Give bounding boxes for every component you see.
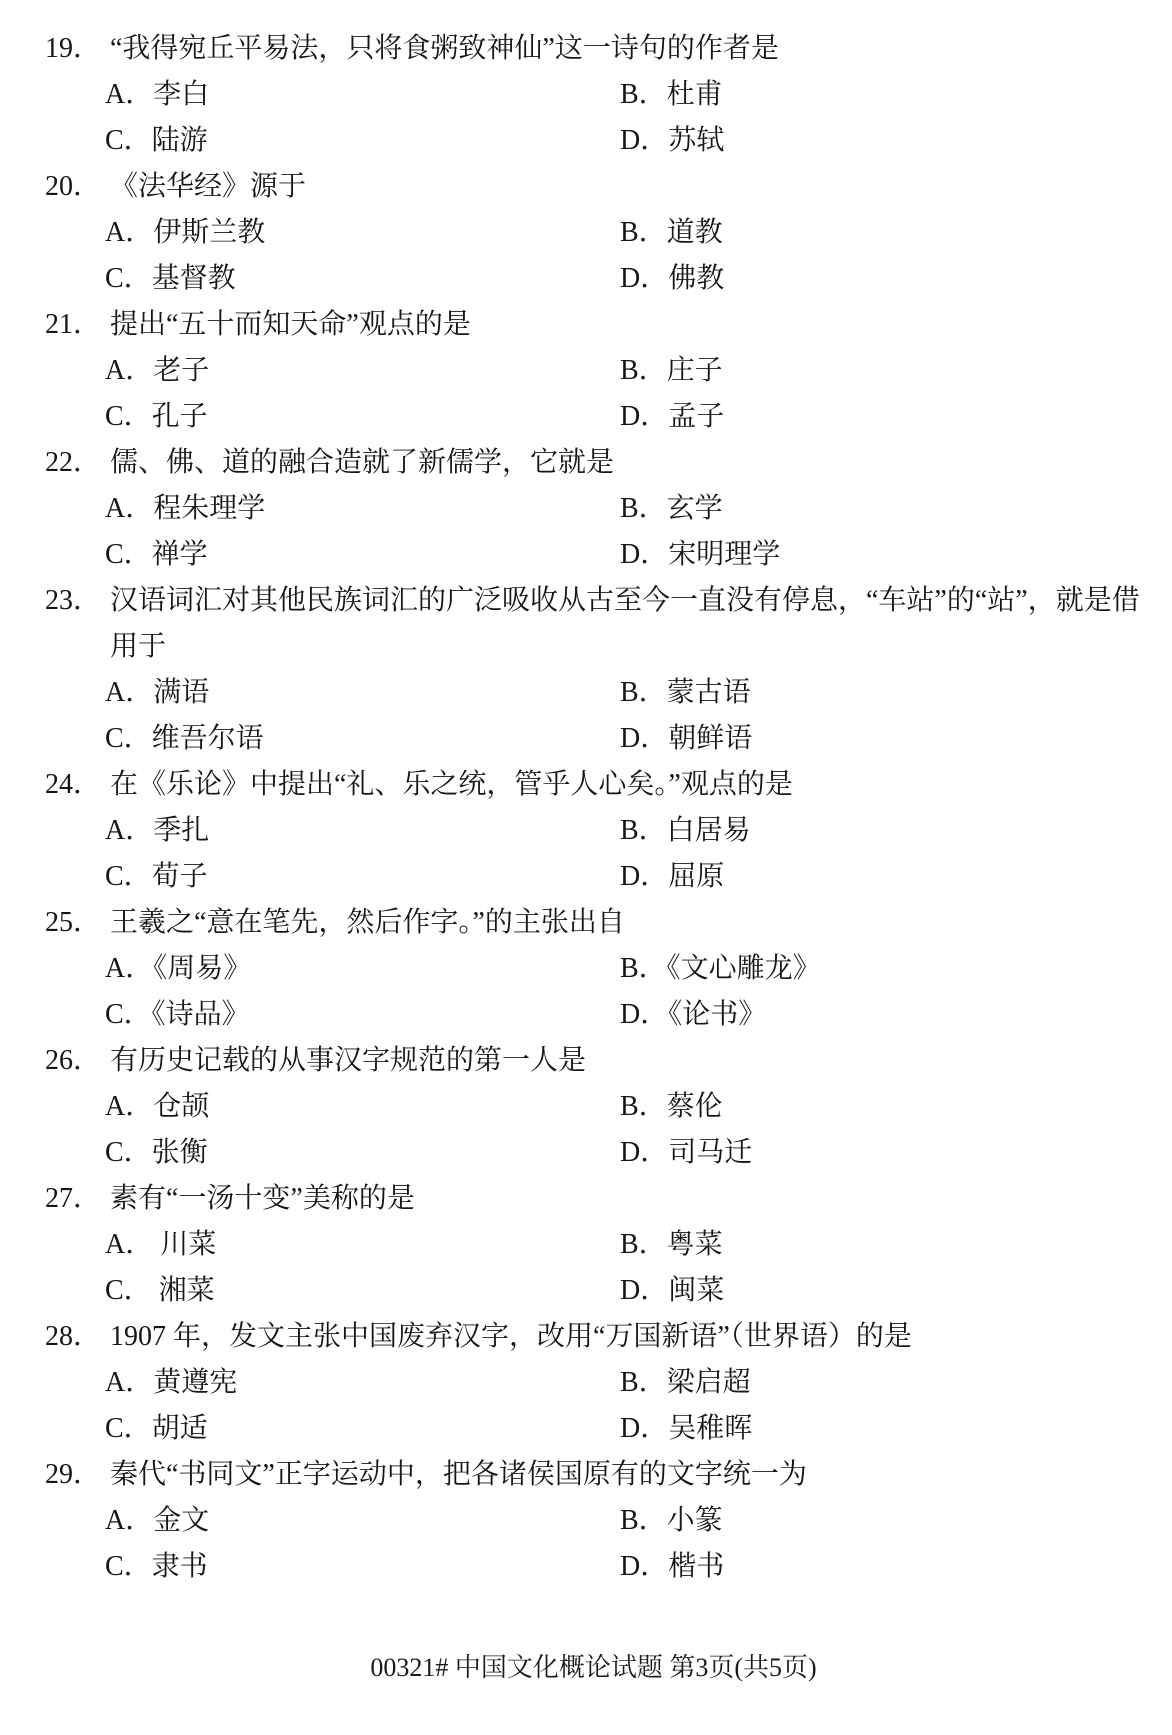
question-number: 21． [45,302,110,348]
question-block: 29． 秦代“书同文”正字运动中，把各诸侯国原有的文字统一为 A．金文 B．小篆… [45,1452,1142,1590]
option-b: B．梁启超 [620,1360,1142,1406]
page-footer: 00321# 中国文化概论试题 第3页(共5页) [45,1648,1142,1688]
question-text: 1907 年，发文主张中国废弃汉字，改用“万国新语”（世界语）的是 [110,1314,1142,1360]
option-c: C．隶书 [105,1544,620,1590]
question-block: 26． 有历史记载的从事汉字规范的第一人是 A．仓颉 B．蔡伦 C．张衡 D．司… [45,1038,1142,1176]
option-b: B．道教 [620,210,1142,256]
option-c: C．陆游 [105,118,620,164]
option-b: B．庄子 [620,348,1142,394]
option-d: D．孟子 [620,394,1142,440]
options-grid: A． 川菜 B．粤菜 C． 湘菜 D．闽菜 [45,1222,1142,1314]
option-b: B．蔡伦 [620,1084,1142,1130]
question-line: 24． 在《乐论》中提出“礼、乐之统，管乎人心矣。”观点的是 [45,762,1142,808]
question-text: 素有“一汤十变”美称的是 [110,1176,1142,1222]
question-block: 25． 王羲之“意在笔先，然后作字。”的主张出自 A．《周易》 B．《文心雕龙》… [45,900,1142,1038]
exam-page: 19． “我得宛丘平易法，只将食粥致神仙”这一诗句的作者是 A．李白 B．杜甫 … [0,0,1172,1735]
question-text: 汉语词汇对其他民族词汇的广泛吸收从古至今一直没有停息，“车站”的“站”，就是借用… [110,578,1142,670]
question-line: 23． 汉语词汇对其他民族词汇的广泛吸收从古至今一直没有停息，“车站”的“站”，… [45,578,1142,670]
question-number: 26． [45,1038,110,1084]
option-c: C．维吾尔语 [105,716,620,762]
question-line: 29． 秦代“书同文”正字运动中，把各诸侯国原有的文字统一为 [45,1452,1142,1498]
options-grid: A．仓颉 B．蔡伦 C．张衡 D．司马迁 [45,1084,1142,1176]
question-number: 29． [45,1452,110,1498]
question-block: 22． 儒、佛、道的融合造就了新儒学，它就是 A．程朱理学 B．玄学 C．禅学 … [45,440,1142,578]
option-c: C．《诗品》 [105,992,620,1038]
question-line: 25． 王羲之“意在笔先，然后作字。”的主张出自 [45,900,1142,946]
options-grid: A．伊斯兰教 B．道教 C．基督教 D．佛教 [45,210,1142,302]
question-block: 20． 《法华经》源于 A．伊斯兰教 B．道教 C．基督教 D．佛教 [45,164,1142,302]
question-line: 27． 素有“一汤十变”美称的是 [45,1176,1142,1222]
option-a: A．黄遵宪 [105,1360,620,1406]
option-a: A．程朱理学 [105,486,620,532]
question-number: 22． [45,440,110,486]
option-c: C．张衡 [105,1130,620,1176]
options-grid: A．老子 B．庄子 C．孔子 D．孟子 [45,348,1142,440]
options-grid: A．《周易》 B．《文心雕龙》 C．《诗品》 D．《论书》 [45,946,1142,1038]
question-text: 儒、佛、道的融合造就了新儒学，它就是 [110,440,1142,486]
option-b: B．玄学 [620,486,1142,532]
option-d: D．楷书 [620,1544,1142,1590]
question-number: 25． [45,900,110,946]
question-block: 27． 素有“一汤十变”美称的是 A． 川菜 B．粤菜 C． 湘菜 D．闽菜 [45,1176,1142,1314]
question-number: 28． [45,1314,110,1360]
question-number: 19． [45,26,110,72]
option-a: A．老子 [105,348,620,394]
options-grid: A．金文 B．小篆 C．隶书 D．楷书 [45,1498,1142,1590]
question-text: 《法华经》源于 [110,164,1142,210]
question-line: 26． 有历史记载的从事汉字规范的第一人是 [45,1038,1142,1084]
question-line: 28． 1907 年，发文主张中国废弃汉字，改用“万国新语”（世界语）的是 [45,1314,1142,1360]
option-b: B．《文心雕龙》 [620,946,1142,992]
option-d: D．《论书》 [620,992,1142,1038]
option-d: D．司马迁 [620,1130,1142,1176]
options-grid: A．黄遵宪 B．梁启超 C．胡适 D．吴稚晖 [45,1360,1142,1452]
question-text: 有历史记载的从事汉字规范的第一人是 [110,1038,1142,1084]
option-c: C．孔子 [105,394,620,440]
option-d: D．宋明理学 [620,532,1142,578]
option-b: B．小篆 [620,1498,1142,1544]
option-b: B．白居易 [620,808,1142,854]
option-c: C．荀子 [105,854,620,900]
question-block: 23． 汉语词汇对其他民族词汇的广泛吸收从古至今一直没有停息，“车站”的“站”，… [45,578,1142,762]
question-number: 24． [45,762,110,808]
option-c: C．胡适 [105,1406,620,1452]
option-a: A． 川菜 [105,1222,620,1268]
option-d: D．佛教 [620,256,1142,302]
question-text: 在《乐论》中提出“礼、乐之统，管乎人心矣。”观点的是 [110,762,1142,808]
question-text: “我得宛丘平易法，只将食粥致神仙”这一诗句的作者是 [110,26,1142,72]
question-line: 22． 儒、佛、道的融合造就了新儒学，它就是 [45,440,1142,486]
question-line: 19． “我得宛丘平易法，只将食粥致神仙”这一诗句的作者是 [45,26,1142,72]
option-a: A．金文 [105,1498,620,1544]
question-text: 提出“五十而知天命”观点的是 [110,302,1142,348]
question-number: 23． [45,578,110,624]
option-c: C．基督教 [105,256,620,302]
question-block: 28． 1907 年，发文主张中国废弃汉字，改用“万国新语”（世界语）的是 A．… [45,1314,1142,1452]
question-number: 27． [45,1176,110,1222]
option-d: D．朝鲜语 [620,716,1142,762]
option-d: D．吴稚晖 [620,1406,1142,1452]
option-b: B．粤菜 [620,1222,1142,1268]
option-d: D．闽菜 [620,1268,1142,1314]
option-a: A．伊斯兰教 [105,210,620,256]
option-b: B．蒙古语 [620,670,1142,716]
option-a: A．李白 [105,72,620,118]
options-grid: A．满语 B．蒙古语 C．维吾尔语 D．朝鲜语 [45,670,1142,762]
option-a: A．满语 [105,670,620,716]
option-a: A．《周易》 [105,946,620,992]
question-text: 秦代“书同文”正字运动中，把各诸侯国原有的文字统一为 [110,1452,1142,1498]
question-block: 24． 在《乐论》中提出“礼、乐之统，管乎人心矣。”观点的是 A．季扎 B．白居… [45,762,1142,900]
options-grid: A．季扎 B．白居易 C．荀子 D．屈原 [45,808,1142,900]
question-line: 21． 提出“五十而知天命”观点的是 [45,302,1142,348]
option-d: D．屈原 [620,854,1142,900]
question-block: 21． 提出“五十而知天命”观点的是 A．老子 B．庄子 C．孔子 D．孟子 [45,302,1142,440]
option-c: C．禅学 [105,532,620,578]
option-b: B．杜甫 [620,72,1142,118]
question-number: 20． [45,164,110,210]
question-text: 王羲之“意在笔先，然后作字。”的主张出自 [110,900,1142,946]
question-line: 20． 《法华经》源于 [45,164,1142,210]
question-block: 19． “我得宛丘平易法，只将食粥致神仙”这一诗句的作者是 A．李白 B．杜甫 … [45,26,1142,164]
options-grid: A．程朱理学 B．玄学 C．禅学 D．宋明理学 [45,486,1142,578]
option-a: A．季扎 [105,808,620,854]
option-d: D．苏轼 [620,118,1142,164]
options-grid: A．李白 B．杜甫 C．陆游 D．苏轼 [45,72,1142,164]
option-a: A．仓颉 [105,1084,620,1130]
question-list: 19． “我得宛丘平易法，只将食粥致神仙”这一诗句的作者是 A．李白 B．杜甫 … [45,26,1142,1590]
option-c: C． 湘菜 [105,1268,620,1314]
